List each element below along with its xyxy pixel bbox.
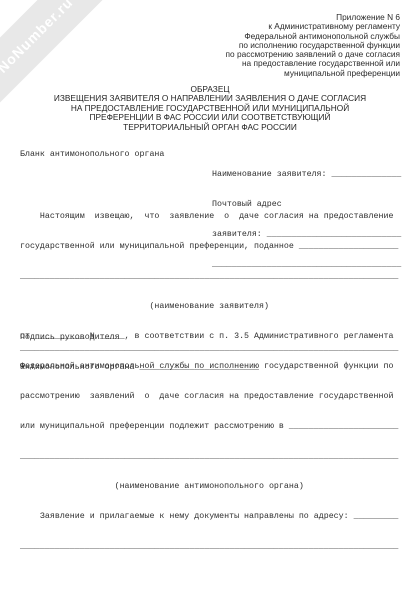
signature-field: антимонопольного органа ________________… bbox=[20, 363, 259, 373]
body-line: Заявление и прилагаемые к нему документы… bbox=[20, 512, 398, 522]
bottom-rule-line: ________________________________________… bbox=[20, 344, 398, 354]
letterhead-label: Бланк антимонопольного органа bbox=[20, 150, 164, 160]
watermark-text: NoNumber.ru bbox=[0, 0, 76, 76]
body-line: или муниципальной преференции подлежит р… bbox=[20, 422, 398, 432]
signature-label: Подпись руководителя bbox=[20, 333, 259, 343]
appendix-header: Приложение N 6 к Административному регла… bbox=[120, 13, 400, 78]
applicant-name-field: Наименование заявителя: ______________ bbox=[212, 170, 401, 180]
document-page: NoNumber.ru Приложение N 6 к Администрат… bbox=[0, 0, 420, 600]
body-line: государственной или муниципальной префер… bbox=[20, 242, 398, 252]
caption-applicant-name: (наименование заявителя) bbox=[20, 302, 398, 312]
document-title: ОБРАЗЕЦ ИЗВЕЩЕНИЯ ЗАЯВИТЕЛЯ О НАПРАВЛЕНИ… bbox=[10, 85, 410, 132]
appendix-header-line: муниципальной преференции bbox=[120, 69, 400, 78]
body-line: Настоящим извещаю, что заявление о даче … bbox=[20, 212, 398, 222]
caption-antimonopoly-body: (наименование антимонопольного органа) bbox=[20, 482, 398, 492]
blank-line: ________________________________________… bbox=[20, 452, 398, 462]
blank-line: ________________________________________… bbox=[20, 542, 398, 552]
blank-line: ________________________________________… bbox=[20, 272, 398, 282]
document-title-line: ТЕРРИТОРИАЛЬНЫЙ ОРГАН ФАС РОССИИ bbox=[10, 123, 410, 132]
body-line: рассмотрению заявлений о даче согласия н… bbox=[20, 392, 398, 402]
